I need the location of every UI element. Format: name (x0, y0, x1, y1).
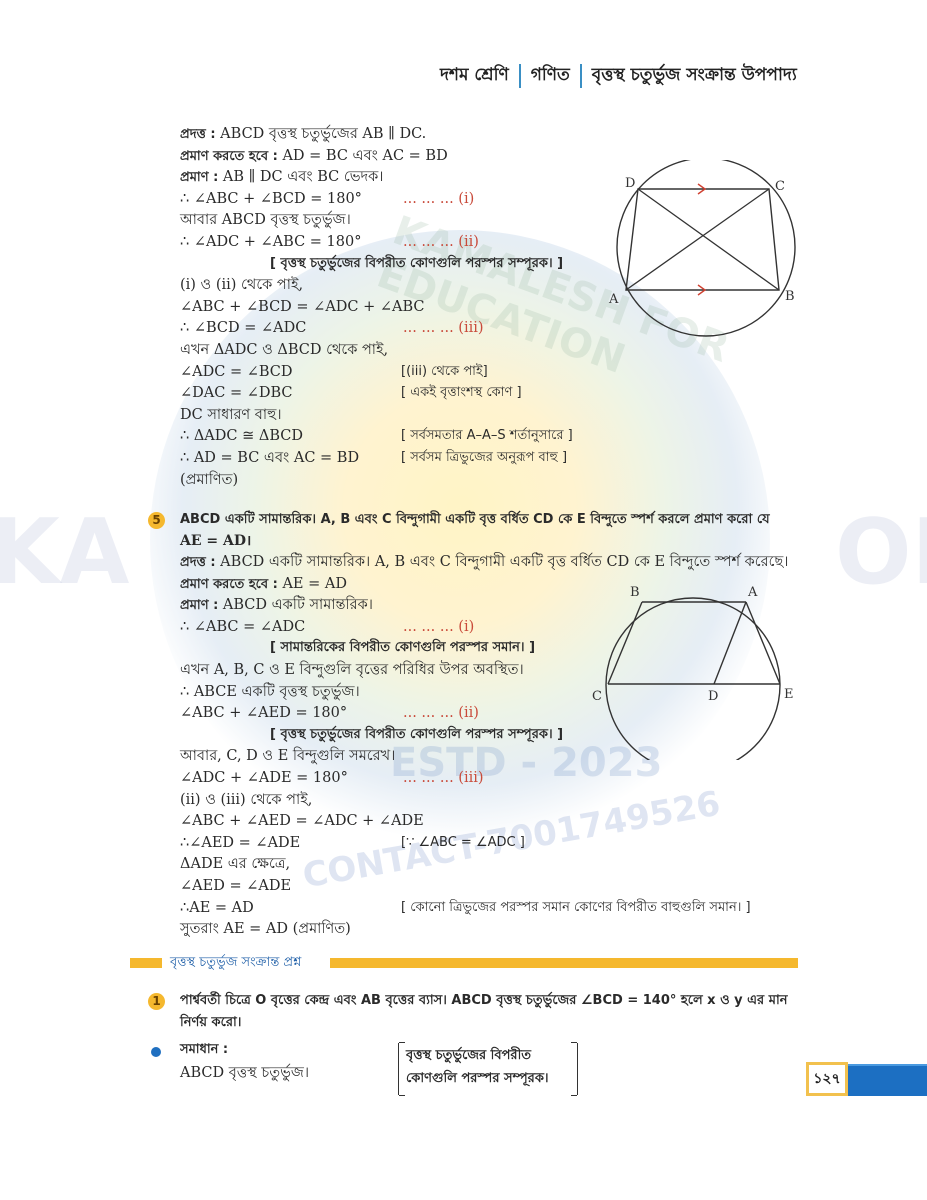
proof-statement: ∠ADC = ∠BCD (180, 362, 293, 382)
solution-bullet-icon (151, 1047, 161, 1057)
proof-statement: ΔADE এর ক্ষেত্রে, (180, 854, 290, 874)
proof-statement: ∠ABC + ∠AED = 180° (180, 703, 347, 723)
header-divider (580, 64, 582, 88)
proof-statement: ∴ ∠ABC + ∠BCD = 180° (180, 189, 362, 209)
proof-statement: এখন ΔADC ও ΔBCD থেকে পাই, (180, 340, 388, 360)
solution-line: ABCD বৃত্তস্থ চতুর্ভুজ। (180, 1063, 309, 1083)
vertex-label-d: D (708, 689, 718, 704)
proof-statement: আবার, C, D ও E বিন্দুগুলি সমরেখ। (180, 746, 395, 766)
vertex-label-a: A (608, 292, 619, 307)
equation-reference: ... ... ... (iii) (403, 768, 484, 788)
running-header: দশম শ্রেণি গণিত বৃত্তস্থ চতুর্ভুজ সংক্রা… (440, 62, 797, 90)
proof-line-label: প্রদত্ত : (180, 127, 216, 142)
proof-line-text: ABCD একটি সামান্তরিক। (218, 597, 373, 613)
proof-statement: (প্রমাণিত) (180, 470, 238, 490)
vertex-label-b: B (785, 289, 795, 304)
proof-line-label: প্রমাণ : (180, 598, 218, 613)
proof-line: প্রমাণ করতে হবে : AE = AD (180, 574, 347, 595)
reason-line-2: কোণগুলি পরস্পর সম্পূরক। (406, 1069, 549, 1089)
proof-reason: [(iii) থেকে পাই] (401, 362, 488, 382)
watermark-side-text-left: KA (0, 500, 129, 605)
proof-statement: ∴ ABCE একটি বৃত্তস্থ চতুর্ভুজ। (180, 682, 360, 702)
section-bar-left (130, 958, 162, 968)
header-chapter: বৃত্তস্থ চতুর্ভুজ সংক্রান্ত উপপাদ্য (592, 62, 797, 90)
proof-line: প্রদত্ত : ABCD বৃত্তস্থ চতুর্ভুজের AB ∥ … (180, 124, 426, 145)
equation-reference: ... ... ... (ii) (403, 232, 479, 252)
proof-line: প্রমাণ : ABCD একটি সামান্তরিক। (180, 595, 373, 616)
equation-reference: ... ... ... (iii) (403, 318, 484, 338)
proof-statement: ∴ ΔADC ≅ ΔBCD (180, 426, 303, 446)
header-divider (519, 64, 521, 88)
equation-reference: ... ... ... (i) (403, 189, 474, 209)
reason-line-1: বৃত্তস্থ চতুর্ভুজের বিপরীত (406, 1046, 531, 1066)
proof-statement: ∠DAC = ∠DBC (180, 383, 293, 403)
question-1-statement-cont: নির্ণয় করো। (180, 1013, 241, 1033)
vertex-label-c: C (592, 689, 602, 704)
proof-statement: ∠ABC + ∠AED = ∠ADC + ∠ADE (180, 811, 424, 831)
equation-reference: ... ... ... (ii) (403, 703, 479, 723)
vertex-label-c: C (775, 179, 785, 194)
proof-statement: ∴ ∠ABC = ∠ADC (180, 617, 305, 637)
proof-line-text: ABCD বৃত্তস্থ চতুর্ভুজের AB ∥ DC. (216, 126, 427, 142)
proof-statement: এখন A, B, C ও E বিন্দুগুলি বৃত্তের পরিধি… (180, 660, 524, 680)
proof-reason: [ একই বৃত্তাংশস্থ কোণ ] (401, 383, 522, 403)
section-title: বৃত্তস্থ চতুর্ভুজ সংক্রান্ত প্রশ্ন (170, 953, 301, 974)
vertex-label-e: E (784, 687, 794, 702)
question-1-statement: পার্শ্ববর্তী চিত্রে O বৃত্তের কেন্দ্র এব… (180, 991, 787, 1011)
proof-reason-note: [ বৃত্তস্থ চতুর্ভুজের বিপরীত কোণগুলি পরস… (270, 725, 563, 745)
proof-line-text: AD = BC এবং AC = BD (278, 148, 448, 164)
equation-reference: ... ... ... (i) (403, 617, 474, 637)
proof-statement: ∠ABC + ∠BCD = ∠ADC + ∠ABC (180, 297, 425, 317)
vertex-label-a: A (747, 585, 758, 600)
proof-line-text: ABCD একটি সামান্তরিক। A, B এবং C বিন্দুগ… (216, 554, 789, 570)
proof-line-label: প্রদত্ত : (180, 555, 216, 570)
header-class: দশম শ্রেণি (440, 62, 509, 90)
proof-reason-note: [ বৃত্তস্থ চতুর্ভুজের বিপরীত কোণগুলি পরস… (270, 254, 563, 274)
question-5-statement: ABCD একটি সামান্তরিক। A, B এবং C বিন্দুগ… (180, 510, 770, 530)
proof-statement: আবার ABCD বৃত্তস্থ চতুর্ভুজ। (180, 210, 351, 230)
figure-parallelogram-circle: B A C D E (580, 570, 810, 760)
question-number-badge: 1 (148, 993, 165, 1010)
proof-line: প্রমাণ করতে হবে : AD = BC এবং AC = BD (180, 146, 448, 167)
proof-statement: (i) ও (ii) থেকে পাই, (180, 275, 303, 295)
proof-line-label: প্রমাণ করতে হবে : (180, 149, 278, 164)
proof-statement: ∴ ∠BCD = ∠ADC (180, 318, 306, 338)
section-bar-right (330, 958, 798, 968)
proof-line-label: প্রমাণ করতে হবে : (180, 577, 278, 592)
proof-reason: [ সর্বসমতার A–A–S শর্তানুসারে ] (401, 426, 573, 446)
proof-reason: [ সর্বসম ত্রিভুজের অনুরূপ বাহু ] (401, 448, 567, 468)
proof-reason-note: [ সামান্তরিকের বিপরীত কোণগুলি পরস্পর সমা… (270, 638, 535, 658)
proof-statement: সুতরাং AE = AD (প্রমাণিত) (180, 919, 351, 939)
proof-statement: ∠ADC + ∠ADE = 180° (180, 768, 348, 788)
vertex-label-d: D (625, 176, 635, 191)
proof-statement: ∴ ∠ADC + ∠ABC = 180° (180, 232, 361, 252)
figure-cyclic-trapezium: D C A B (595, 160, 825, 360)
question-number-badge: 5 (148, 512, 165, 529)
proof-statement: ∴∠AED = ∠ADE (180, 833, 300, 853)
question-5-statement-cont: AE = AD। (180, 531, 251, 551)
proof-statement: DC সাধারণ বাহু। (180, 405, 282, 425)
proof-line-text: AE = AD (278, 576, 347, 592)
proof-reason: [ কোনো ত্রিভুজের পরস্পর সমান কোণের বিপরী… (401, 898, 751, 918)
solution-label: সমাধান : (180, 1040, 228, 1060)
header-subject: গণিত (531, 62, 570, 90)
proof-statement: (ii) ও (iii) থেকে পাই, (180, 790, 312, 810)
proof-line-text: AB ∥ DC এবং BC ভেদক। (218, 169, 383, 185)
proof-line-label: প্রমাণ : (180, 170, 218, 185)
proof-statement: ∴ AD = BC এবং AC = BD (180, 448, 359, 468)
watermark-side-text-right: ON (835, 500, 927, 605)
vertex-label-b: B (630, 585, 640, 600)
proof-line: প্রমাণ : AB ∥ DC এবং BC ভেদক। (180, 167, 383, 188)
proof-reason: [∵ ∠ABC = ∠ADC ] (401, 833, 525, 853)
page-number: ১২৭ (806, 1062, 848, 1096)
proof-statement: ∠AED = ∠ADE (180, 876, 291, 896)
proof-statement: ∴AE = AD (180, 898, 254, 918)
